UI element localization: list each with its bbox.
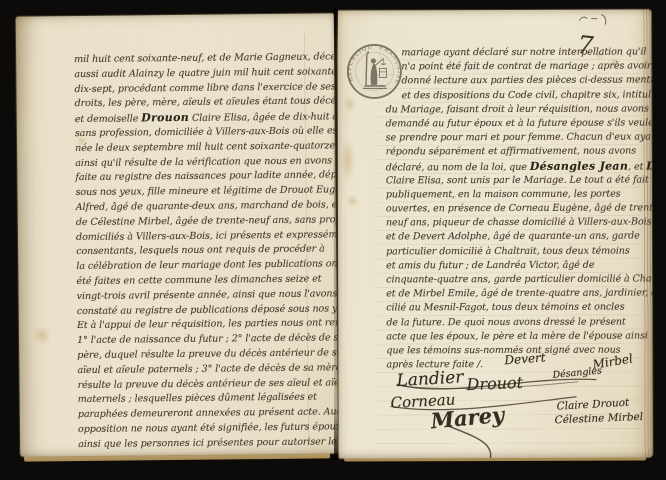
paraph-mark-icon — [577, 13, 611, 27]
handwritten-line: de la future. De quoi nous avons dressé … — [386, 315, 648, 330]
signature-devert: Devert — [504, 350, 546, 367]
scanned-register-spread: mil huit cent soixante-neuf, et de Marie… — [0, 0, 666, 480]
handwritten-line: neuf ans, piqueur de chasse domicilié à … — [386, 216, 648, 231]
signature-marey: Marey — [430, 402, 505, 434]
foxing-stain — [33, 326, 51, 344]
handwritten-line: et des dispositions du Code civil, chapi… — [385, 88, 647, 103]
handwritten-line: déclaré, au nom de la loi, que Désangles… — [386, 159, 648, 174]
foxing-stain — [346, 194, 359, 207]
left-page-text: mil huit cent soixante-neuf, et de Marie… — [74, 50, 336, 452]
folio-number-block: 7 — [577, 12, 611, 60]
republique-francaise-seal-icon: RÉPUBLIQUE FRANÇAISE — [345, 42, 403, 100]
right-page-text: mariage ayant déclaré sur notre interpel… — [385, 45, 648, 372]
handwritten-line: cinquante-quatre ans, garde particulier … — [386, 272, 648, 287]
handwritten-line: publiquement, en la maison commune, les … — [386, 187, 648, 202]
handwritten-line: et de Mirbel Emile, âgé de trente-quatre… — [386, 287, 648, 302]
handwritten-line: répondu séparément et affirmativement, n… — [386, 145, 648, 160]
handwritten-line: du Mariage, faisant droit à leur réquisi… — [386, 102, 648, 117]
handwritten-line: et amis du futur ; de Landréa Victor, âg… — [386, 258, 648, 273]
handwritten-line: ainsi que les personnes ici présentes po… — [78, 435, 336, 452]
handwritten-line: particulier domicilié à Chaltrait, tous … — [386, 244, 648, 259]
handwritten-line: n'a point été fait de contrat de mariage… — [385, 60, 647, 75]
signature-celestine-mirbel: Célestine Mirbel — [554, 411, 643, 426]
handwritten-line: acte que les époux, le père et la mère d… — [386, 329, 648, 344]
folio-number: 7 — [576, 30, 595, 60]
handwritten-line: cilié au Mesnil-Fagot, tous deux témoins… — [386, 301, 648, 316]
right-page: 7 RÉPUBLIQUE FRANÇAISE — [337, 9, 653, 458]
foxing-stain — [340, 138, 356, 182]
signature-landier: Landier — [396, 367, 464, 391]
left-page: mil huit cent soixante-neuf, et de Marie… — [16, 13, 339, 456]
signature-drouot: Drouot — [466, 373, 523, 394]
handwritten-line: Claire Elisa, sont unis par le Mariage. … — [386, 173, 648, 188]
handwritten-line: et de Devert Adolphe, âgé de quarante-un… — [386, 230, 648, 245]
handwritten-line: ouvertes, en présence de Corneau Eugène,… — [386, 202, 648, 217]
handwritten-line: donné lecture aux parties des pièces ci-… — [385, 74, 647, 89]
signature-claire-drouot: Claire Drouot — [556, 397, 629, 413]
handwritten-line: se prendre pour mari et pour femme. Chac… — [386, 131, 648, 146]
handwritten-line: demandé au futur époux et à la future ép… — [386, 116, 648, 131]
